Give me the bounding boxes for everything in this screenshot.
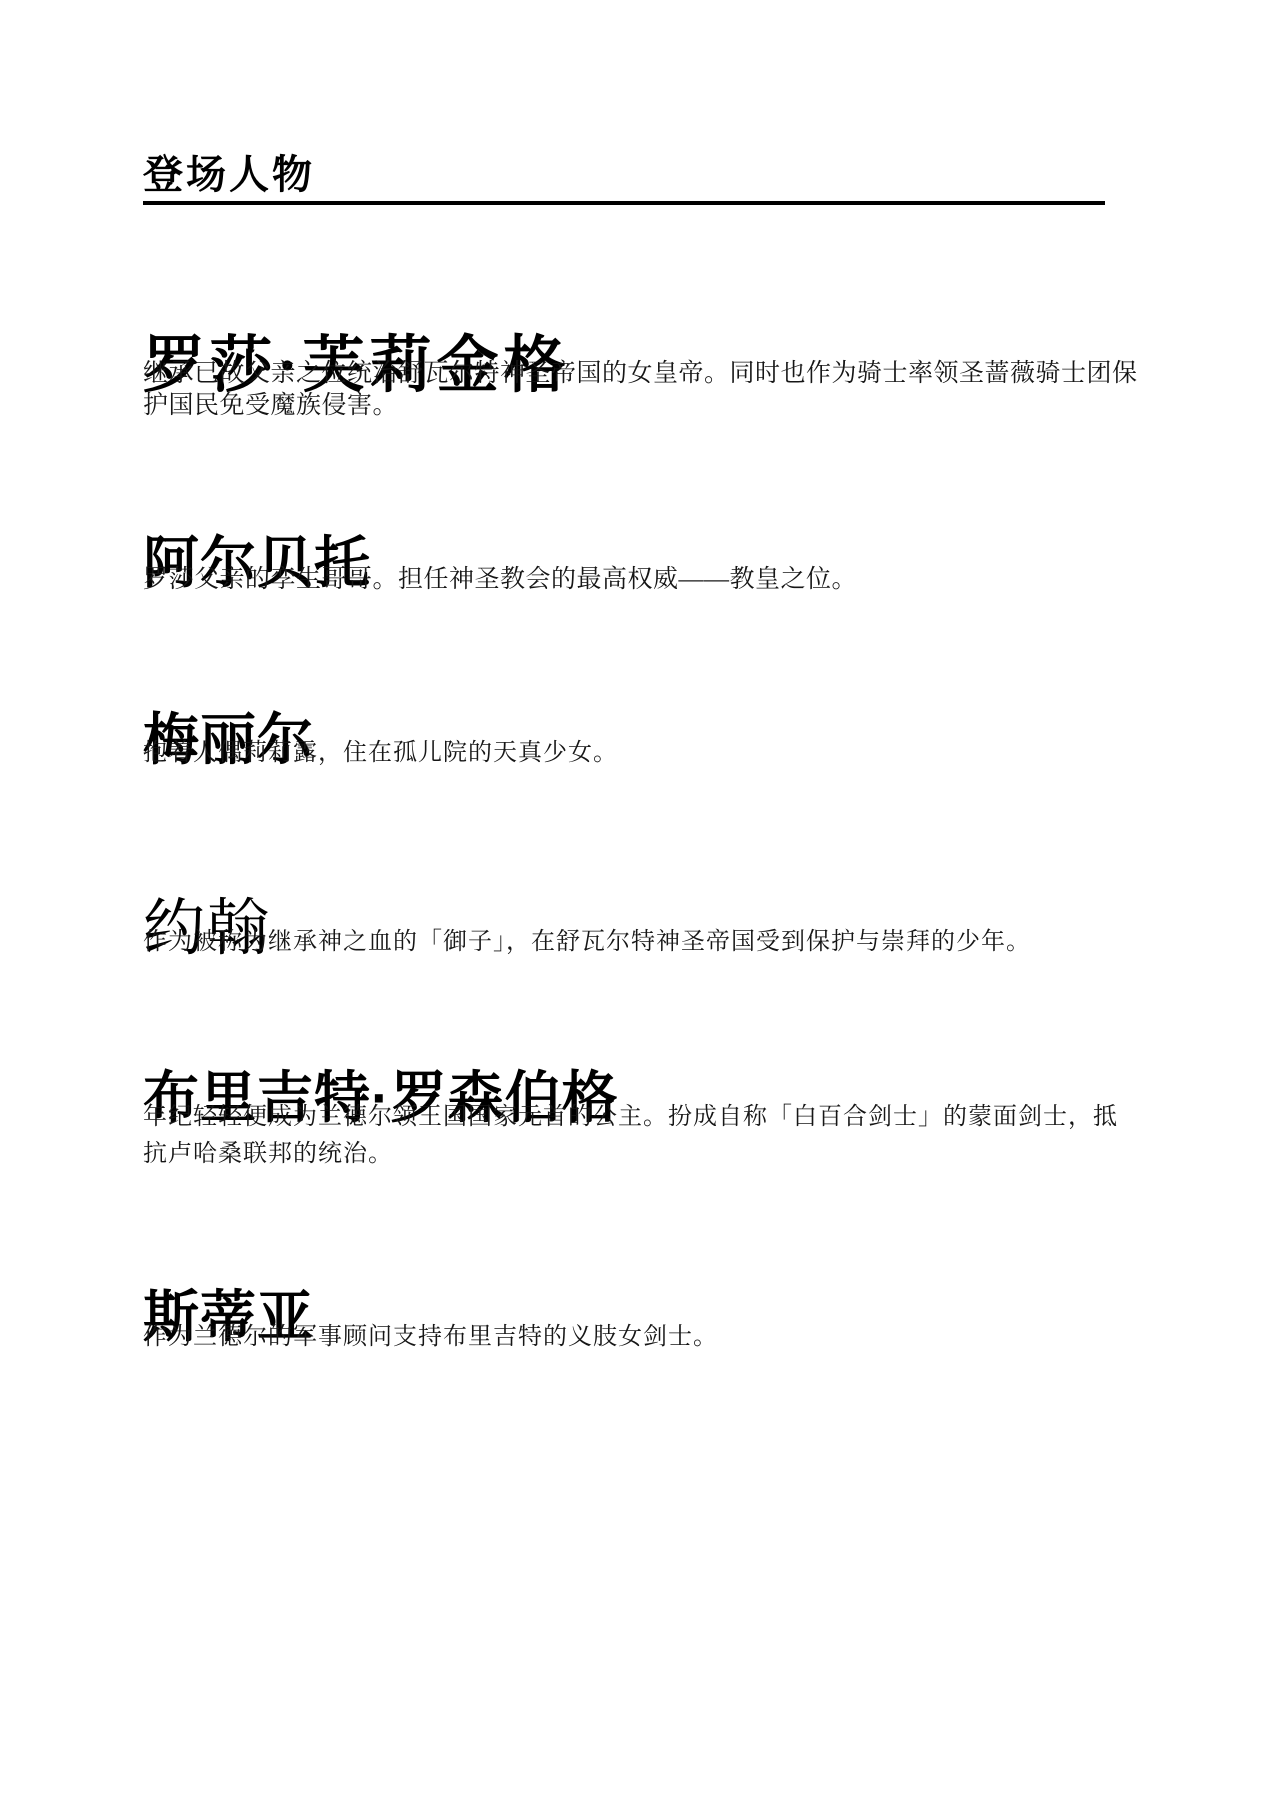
character-description-line: 年纪轻轻便成为兰德尔领王国国家元首的公主。扮成自称「白百合剑士」的蒙面剑士，抵 (143, 1098, 1118, 1135)
character-description: 年纪轻轻便成为兰德尔领王国国家元首的公主。扮成自称「白百合剑士」的蒙面剑士，抵 … (143, 1098, 1118, 1172)
character-description: 作为兰德尔的军事顾问支持布里吉特的义肢女剑士。 (143, 1318, 718, 1355)
character-description-line: 罗莎父亲的孪生哥哥。担任神圣教会的最高权威——教皇之位。 (143, 564, 857, 596)
title-underline (143, 201, 1105, 205)
page-title: 登场人物 (143, 153, 315, 197)
character-description: 抱着人偶莉莉露，住在孤儿院的天真少女。 (143, 734, 618, 771)
character-description: 继承已故父亲之位统治舒瓦尔特神圣帝国的女皇帝。同时也作为骑士率领圣蔷薇骑士团保 … (143, 358, 1138, 422)
character-description-line: 作为兰德尔的军事顾问支持布里吉特的义肢女剑士。 (143, 1318, 718, 1355)
character-description-line: 抗卢哈桑联邦的统治。 (143, 1135, 1118, 1172)
character-description-line: 护国民免受魔族侵害。 (143, 390, 1138, 422)
character-description-line: 继承已故父亲之位统治舒瓦尔特神圣帝国的女皇帝。同时也作为骑士率领圣蔷薇骑士团保 (143, 358, 1138, 390)
character-description: 作为被称为继承神之血的「御子」，在舒瓦尔特神圣帝国受到保护与崇拜的少年。 (143, 923, 1031, 960)
character-description: 罗莎父亲的孪生哥哥。担任神圣教会的最高权威——教皇之位。 (143, 564, 857, 596)
character-description-line: 作为被称为继承神之血的「御子」，在舒瓦尔特神圣帝国受到保护与崇拜的少年。 (143, 923, 1031, 960)
character-description-line: 抱着人偶莉莉露，住在孤儿院的天真少女。 (143, 734, 618, 771)
